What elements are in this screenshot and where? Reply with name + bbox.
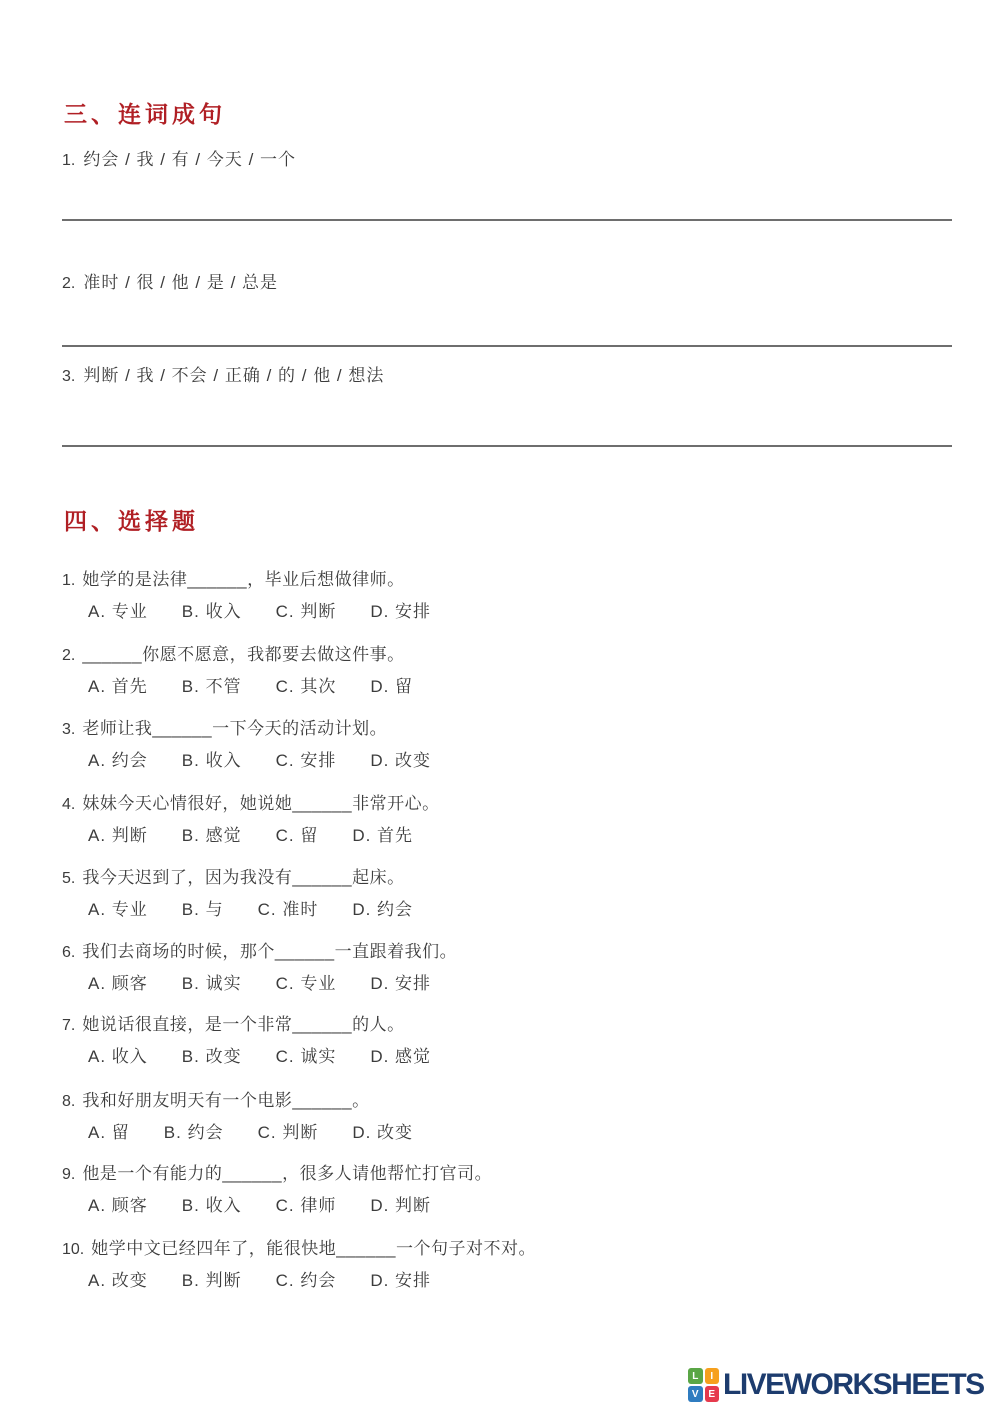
- question-2: 2.______你愿不愿意，我都要去做这件事。 A. 首先B. 不管C. 其次D…: [62, 643, 962, 698]
- options-row: A. 留B. 约会C. 判断D. 改变: [62, 1121, 962, 1144]
- question-sentence: 她学的是法律______，毕业后想做律师。: [82, 570, 404, 589]
- question-sentence: 老师让我______一下今天的活动计划。: [82, 719, 387, 738]
- option-d[interactable]: D. 改变: [370, 749, 431, 772]
- options-row: A. 约会B. 收入C. 安排D. 改变: [62, 749, 962, 772]
- option-c[interactable]: C. 判断: [258, 1121, 319, 1144]
- question-text: 8.我和好朋友明天有一个电影______。: [62, 1089, 962, 1113]
- option-b[interactable]: B. 判断: [182, 1269, 242, 1292]
- question-number: 4.: [62, 796, 75, 813]
- question-8: 8.我和好朋友明天有一个电影______。 A. 留B. 约会C. 判断D. 改…: [62, 1089, 962, 1144]
- liveworksheets-grid-icon: L I V E: [688, 1368, 719, 1402]
- logo-cell-l: L: [688, 1368, 703, 1384]
- option-c[interactable]: C. 专业: [276, 972, 337, 995]
- worksheet-page: { "colors": { "heading_red": "#b01f24", …: [0, 0, 1000, 1414]
- option-a[interactable]: A. 专业: [88, 600, 148, 623]
- question-text: 10.她学中文已经四年了，能很快地______一个句子对不对。: [62, 1237, 962, 1261]
- option-a[interactable]: A. 首先: [88, 675, 148, 698]
- question-1: 1.她学的是法律______，毕业后想做律师。 A. 专业B. 收入C. 判断D…: [62, 568, 962, 623]
- option-d[interactable]: D. 安排: [370, 1269, 431, 1292]
- question-number: 6.: [62, 944, 75, 961]
- question-text: 3.老师让我______一下今天的活动计划。: [62, 717, 962, 741]
- option-a[interactable]: A. 顾客: [88, 1194, 148, 1217]
- options-row: A. 改变B. 判断C. 约会D. 安排: [62, 1269, 962, 1292]
- option-d[interactable]: D. 安排: [370, 600, 431, 623]
- logo-cell-i: I: [705, 1368, 720, 1384]
- option-b[interactable]: B. 诚实: [182, 972, 242, 995]
- question-sentence: ______你愿不愿意，我都要去做这件事。: [82, 645, 404, 664]
- question-text: 2.______你愿不愿意，我都要去做这件事。: [62, 643, 962, 667]
- option-a[interactable]: A. 专业: [88, 898, 148, 921]
- question-text: 9.他是一个有能力的______，很多人请他帮忙打官司。: [62, 1162, 962, 1186]
- question-number: 8.: [62, 1093, 75, 1110]
- option-c[interactable]: C. 诚实: [276, 1045, 337, 1068]
- question-sentence: 她说话很直接，是一个非常______的人。: [82, 1015, 404, 1034]
- option-b[interactable]: B. 感觉: [182, 824, 242, 847]
- brand-wordmark: LIVEWORKSHEETS: [723, 1368, 984, 1402]
- option-d[interactable]: D. 留: [370, 675, 413, 698]
- question-3: 3.老师让我______一下今天的活动计划。 A. 约会B. 收入C. 安排D.…: [62, 717, 962, 772]
- option-d[interactable]: D. 感觉: [370, 1045, 431, 1068]
- question-number: 2.: [62, 647, 75, 664]
- option-c[interactable]: C. 约会: [276, 1269, 337, 1292]
- option-c[interactable]: C. 安排: [276, 749, 337, 772]
- option-a[interactable]: A. 收入: [88, 1045, 148, 1068]
- word-order-item-1: 1.约会 / 我 / 有 / 今天 / 一个: [62, 148, 296, 172]
- option-c[interactable]: C. 其次: [276, 675, 337, 698]
- logo-cell-v: V: [688, 1386, 703, 1402]
- option-c[interactable]: C. 判断: [276, 600, 337, 623]
- question-sentence: 我们去商场的时候，那个______一直跟着我们。: [82, 942, 457, 961]
- options-row: A. 首先B. 不管C. 其次D. 留: [62, 675, 962, 698]
- option-b[interactable]: B. 与: [182, 898, 224, 921]
- item-words: 准时 / 很 / 他 / 是 / 总是: [83, 273, 278, 292]
- option-c[interactable]: C. 准时: [258, 898, 319, 921]
- option-b[interactable]: B. 不管: [182, 675, 242, 698]
- option-d[interactable]: D. 判断: [370, 1194, 431, 1217]
- option-a[interactable]: A. 约会: [88, 749, 148, 772]
- question-text: 5.我今天迟到了，因为我没有______起床。: [62, 866, 962, 890]
- question-text: 4.妹妹今天心情很好，她说她______非常开心。: [62, 792, 962, 816]
- section-four-heading: 四、选择题: [64, 507, 199, 537]
- option-a[interactable]: A. 改变: [88, 1269, 148, 1292]
- answer-line-2[interactable]: [62, 345, 952, 347]
- option-b[interactable]: B. 收入: [182, 600, 242, 623]
- logo-cell-e: E: [705, 1386, 720, 1402]
- item-number: 2.: [62, 275, 75, 292]
- option-b[interactable]: B. 改变: [182, 1045, 242, 1068]
- question-number: 10.: [62, 1241, 84, 1258]
- answer-line-3[interactable]: [62, 445, 952, 447]
- question-text: 6.我们去商场的时候，那个______一直跟着我们。: [62, 940, 962, 964]
- question-text: 7.她说话很直接，是一个非常______的人。: [62, 1013, 962, 1037]
- item-number: 1.: [62, 152, 75, 169]
- options-row: A. 专业B. 收入C. 判断D. 安排: [62, 600, 962, 623]
- question-10: 10.她学中文已经四年了，能很快地______一个句子对不对。 A. 改变B. …: [62, 1237, 962, 1292]
- item-words: 判断 / 我 / 不会 / 正确 / 的 / 他 / 想法: [83, 366, 384, 385]
- option-b[interactable]: B. 约会: [164, 1121, 224, 1144]
- question-9: 9.他是一个有能力的______，很多人请他帮忙打官司。 A. 顾客B. 收入C…: [62, 1162, 962, 1217]
- option-a[interactable]: A. 留: [88, 1121, 130, 1144]
- option-d[interactable]: D. 首先: [352, 824, 413, 847]
- option-d[interactable]: D. 改变: [352, 1121, 413, 1144]
- question-4: 4.妹妹今天心情很好，她说她______非常开心。 A. 判断B. 感觉C. 留…: [62, 792, 962, 847]
- question-7: 7.她说话很直接，是一个非常______的人。 A. 收入B. 改变C. 诚实D…: [62, 1013, 962, 1068]
- options-row: A. 专业B. 与C. 准时D. 约会: [62, 898, 962, 921]
- question-6: 6.我们去商场的时候，那个______一直跟着我们。 A. 顾客B. 诚实C. …: [62, 940, 962, 995]
- option-c[interactable]: C. 留: [276, 824, 319, 847]
- option-c[interactable]: C. 律师: [276, 1194, 337, 1217]
- option-a[interactable]: A. 判断: [88, 824, 148, 847]
- question-number: 5.: [62, 870, 75, 887]
- question-number: 7.: [62, 1017, 75, 1034]
- question-text: 1.她学的是法律______，毕业后想做律师。: [62, 568, 962, 592]
- question-number: 1.: [62, 572, 75, 589]
- item-number: 3.: [62, 368, 75, 385]
- word-order-item-3: 3.判断 / 我 / 不会 / 正确 / 的 / 他 / 想法: [62, 364, 384, 388]
- answer-line-1[interactable]: [62, 219, 952, 221]
- question-sentence: 妹妹今天心情很好，她说她______非常开心。: [82, 794, 439, 813]
- option-d[interactable]: D. 安排: [370, 972, 431, 995]
- word-order-item-2: 2.准时 / 很 / 他 / 是 / 总是: [62, 271, 278, 295]
- question-sentence: 我和好朋友明天有一个电影______。: [82, 1091, 369, 1110]
- option-b[interactable]: B. 收入: [182, 1194, 242, 1217]
- question-number: 9.: [62, 1166, 75, 1183]
- option-d[interactable]: D. 约会: [352, 898, 413, 921]
- options-row: A. 收入B. 改变C. 诚实D. 感觉: [62, 1045, 962, 1068]
- item-words: 约会 / 我 / 有 / 今天 / 一个: [83, 150, 296, 169]
- question-5: 5.我今天迟到了，因为我没有______起床。 A. 专业B. 与C. 准时D.…: [62, 866, 962, 921]
- question-number: 3.: [62, 721, 75, 738]
- options-row: A. 顾客B. 诚实C. 专业D. 安排: [62, 972, 962, 995]
- options-row: A. 判断B. 感觉C. 留D. 首先: [62, 824, 962, 847]
- options-row: A. 顾客B. 收入C. 律师D. 判断: [62, 1194, 962, 1217]
- option-b[interactable]: B. 收入: [182, 749, 242, 772]
- question-sentence: 他是一个有能力的______，很多人请他帮忙打官司。: [82, 1164, 492, 1183]
- section-three-heading: 三、连词成句: [64, 100, 226, 130]
- question-sentence: 我今天迟到了，因为我没有______起床。: [82, 868, 404, 887]
- question-sentence: 她学中文已经四年了，能很快地______一个句子对不对。: [91, 1239, 536, 1258]
- option-a[interactable]: A. 顾客: [88, 972, 148, 995]
- liveworksheets-logo[interactable]: L I V E LIVEWORKSHEETS: [688, 1368, 984, 1402]
